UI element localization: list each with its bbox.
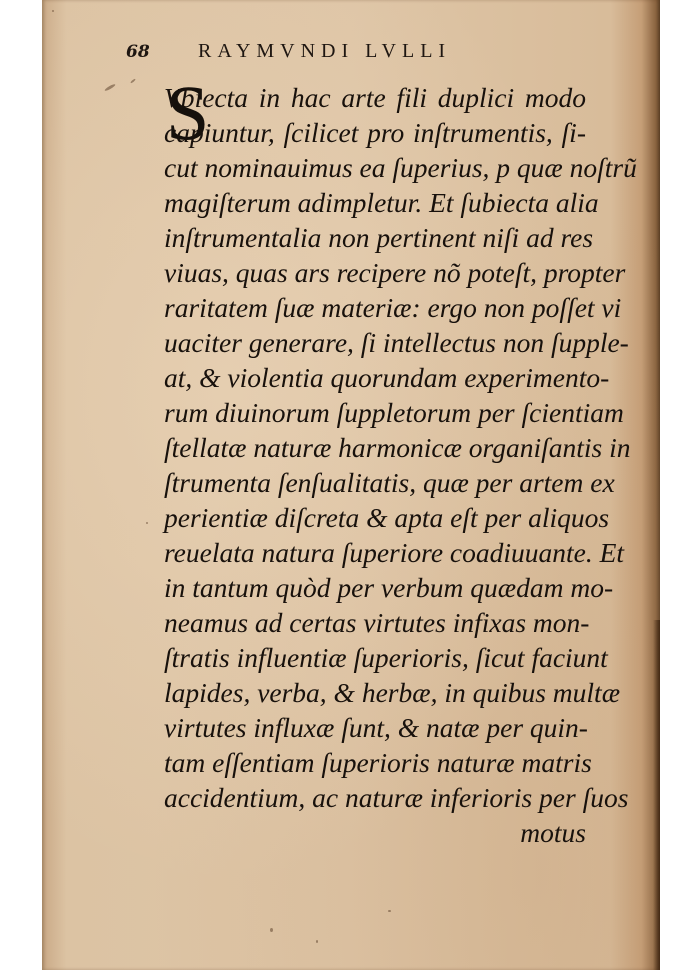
- text-line: Vbiecta in hac arte fili duplici modo: [126, 80, 606, 115]
- text-line: perientiæ diſcreta & apta eſt per aliquo…: [126, 500, 606, 535]
- text-line: inſtrumentalia non pertinent niſi ad res: [126, 220, 606, 255]
- paper-speck: [104, 83, 116, 92]
- body-text: S Vbiecta in hac arte fili duplici modo …: [126, 80, 606, 850]
- text-line: ſtrumenta ſenſualitatis, quæ per artem e…: [126, 465, 606, 500]
- text-line: ſtellatæ naturæ harmonicæ organiſantis i…: [126, 430, 606, 465]
- page-number: 68: [126, 42, 150, 62]
- paper-speck: [388, 910, 391, 912]
- text-line: capiuntur, ſcilicet pro inſtrumentis, ſi…: [126, 115, 606, 150]
- catchword: motus: [126, 815, 606, 850]
- text-line: rum diuinorum ſuppletorum per ſcientiam: [126, 395, 606, 430]
- text-line: viuas, quas ars recipere nõ poteſt, prop…: [126, 255, 606, 290]
- text-line: raritatem ſuæ materiæ: ergo non poſſet v…: [126, 290, 606, 325]
- paper-speck: [52, 10, 54, 12]
- text-line: virtutes influxæ ſunt, & natæ per quin-: [126, 710, 606, 745]
- text-line: at, & violentia quorundam experimento-: [126, 360, 606, 395]
- paper-speck: [316, 940, 318, 943]
- text-line: in tantum quòd per verbum quædam mo-: [126, 570, 606, 605]
- text-line: magiſterum adimpletur. Et ſubiecta alia: [126, 185, 606, 220]
- paper-speck: [270, 928, 273, 932]
- text-line: uaciter generare, ſi intellectus non ſup…: [126, 325, 606, 360]
- text-line: neamus ad certas virtutes infixas mon-: [126, 605, 606, 640]
- header-title: RAYMVNDI LVLLI: [198, 40, 451, 63]
- text-line: cut nominauimus ea ſuperius, p quæ noſtr…: [126, 150, 606, 185]
- text-line: tam eſſentiam ſuperioris naturæ matris: [126, 745, 606, 780]
- text-line: accidentium, ac naturæ inferioris per ſu…: [126, 780, 606, 815]
- binding-shadow: [653, 620, 660, 970]
- running-head: 68 RAYMVNDI LVLLI: [126, 40, 596, 70]
- text-line: ſtratis influentiæ ſuperioris, ſicut fac…: [126, 640, 606, 675]
- text-line: lapides, verba, & herbæ, in quibus multæ: [126, 675, 606, 710]
- text-line: reuelata natura ſuperiore coadiuuante. E…: [126, 535, 606, 570]
